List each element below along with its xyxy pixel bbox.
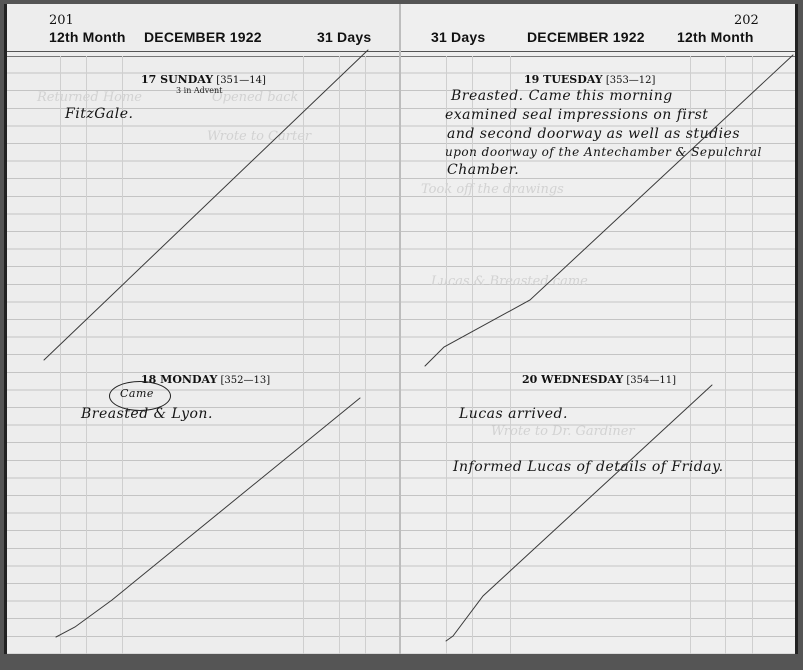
diary-spread: 201 12th Month DECEMBER 1922 31 Days Ret… [0, 0, 803, 670]
handwritten-line: Chamber. [447, 162, 519, 178]
bleed-through-text: Wrote to Dr. Gardiner [491, 424, 635, 439]
circled-note-text: Came [120, 387, 154, 400]
left-page: 201 12th Month DECEMBER 1922 31 Days Ret… [4, 4, 403, 654]
handwritten-line: Informed Lucas of details of Friday. [453, 459, 724, 475]
handwritten-entry: FitzGale. [65, 106, 133, 122]
days-label: 31 Days [317, 29, 371, 45]
bleed-through-text: Returned Home [37, 90, 142, 105]
handwritten-line: and second doorway as well as studies [447, 126, 740, 142]
bleed-through-text: Wrote to Carter [207, 129, 311, 144]
handwritten-entry: Breasted & Lyon. [81, 406, 213, 422]
page-title: DECEMBER 1922 [144, 29, 262, 45]
days-label: 31 Days [431, 29, 485, 45]
handwritten-line: Breasted. Came this morning [451, 88, 673, 104]
bleed-through-text: Opened back [212, 90, 298, 105]
ruled-lines [7, 56, 403, 654]
bleed-through-text: Lucas & Breasted came [431, 274, 588, 289]
right-page: 202 31 Days DECEMBER 1922 12th Month Too… [401, 4, 798, 654]
page-number: 202 [734, 13, 759, 28]
left-page-header: 201 12th Month DECEMBER 1922 31 Days [7, 4, 403, 51]
handwritten-line: Lucas arrived. [459, 406, 568, 422]
page-number: 201 [49, 13, 74, 28]
month-label: 12th Month [677, 29, 754, 45]
day-heading-tuesday: 19 TUESDAY [353—12] [524, 73, 655, 86]
day-heading-wednesday: 20 WEDNESDAY [354—11] [522, 373, 676, 386]
page-title: DECEMBER 1922 [527, 29, 645, 45]
handwritten-line: examined seal impressions on first [445, 107, 708, 123]
right-page-header: 202 31 Days DECEMBER 1922 12th Month [401, 4, 795, 51]
handwritten-line: upon doorway of the Antechamber & Sepulc… [445, 145, 762, 159]
bleed-through-text: Took off the drawings [421, 182, 564, 197]
day-heading-sunday: 17 SUNDAY [351—14] [141, 73, 266, 86]
month-label: 12th Month [49, 29, 126, 45]
day-subtitle: 3 in Advent [176, 86, 222, 95]
